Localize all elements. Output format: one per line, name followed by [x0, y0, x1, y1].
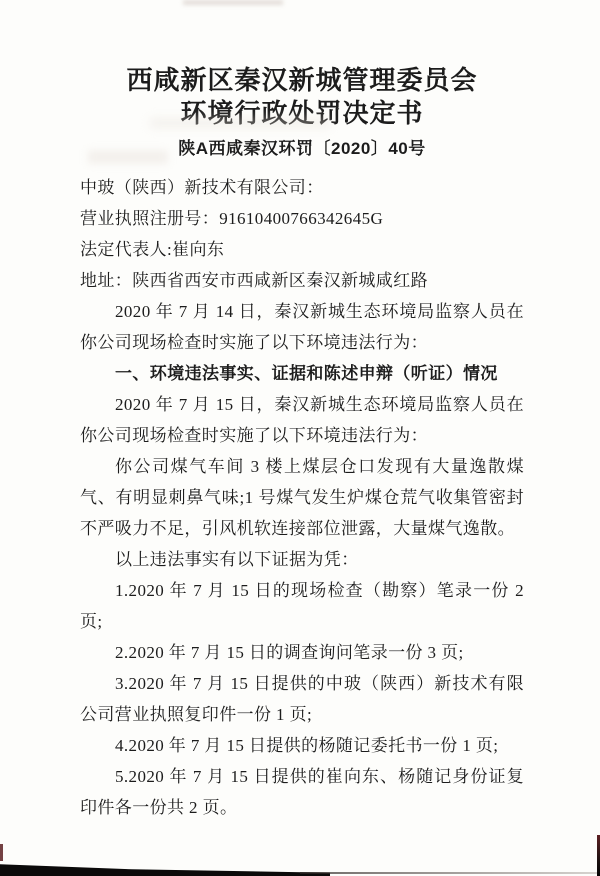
- title-line-1: 西咸新区秦汉新城管理委员会: [80, 64, 524, 97]
- evidence-item-5: 5.2020 年 7 月 15 日提供的崔向东、杨随记身份证复印件各一份共 2 …: [80, 761, 524, 823]
- document-title: 西咸新区秦汉新城管理委员会 环境行政处罚决定书: [80, 64, 524, 130]
- scanned-document-page: 西咸新区秦汉新城管理委员会 环境行政处罚决定书 陕A西咸秦汉环罚〔2020〕40…: [0, 0, 600, 876]
- evidence-item-4: 4.2020 年 7 月 15 日提供的杨随记委托书一份 1 页;: [80, 730, 524, 761]
- section1-heading: 一、环境违法事实、证据和陈述申辩（听证）情况: [80, 358, 524, 389]
- recipient-license-line: 营业执照注册号：91610400766342645G: [80, 203, 524, 234]
- recipient-company-line: 中玻（陕西）新技术有限公司：: [80, 172, 524, 203]
- section1-paragraph-3: 以上违法事实有以下证据为凭：: [80, 544, 524, 575]
- scan-artifact-bottom-left-wedge: [0, 861, 330, 876]
- scan-artifact-bottom-edge-line: [300, 872, 600, 874]
- title-line-2: 环境行政处罚决定书: [80, 97, 524, 130]
- recipient-legal-rep-line: 法定代表人:崔向东: [80, 234, 524, 265]
- recipient-address-line: 地址：陕西省西安市西咸新区秦汉新城咸红路: [80, 265, 524, 296]
- scan-smudge-top: [183, 0, 283, 5]
- evidence-item-2: 2.2020 年 7 月 15 日的调查询问笔录一份 3 页;: [80, 637, 524, 668]
- section1-paragraph-2: 你公司煤气车间 3 楼上煤层仓口发现有大量逸散煤气、有明显刺鼻气味;1 号煤气发…: [80, 451, 524, 544]
- document-number: 陕A西咸秦汉环罚〔2020〕40号: [80, 138, 524, 160]
- evidence-item-1: 1.2020 年 7 月 15 日的现场检查（勘察）笔录一份 2 页;: [80, 575, 524, 637]
- evidence-item-3: 3.2020 年 7 月 15 日提供的中玻（陕西）新技术有限公司营业执照复印件…: [80, 668, 524, 730]
- section1-paragraph-1: 2020 年 7 月 15 日，秦汉新城生态环境局监察人员在你公司现场检查时实施…: [80, 389, 524, 451]
- intro-paragraph: 2020 年 7 月 14 日，秦汉新城生态环境局监察人员在你公司现场检查时实施…: [80, 296, 524, 358]
- document-content: 西咸新区秦汉新城管理委员会 环境行政处罚决定书 陕A西咸秦汉环罚〔2020〕40…: [80, 64, 524, 823]
- scan-artifact-left-edge-mark: [0, 844, 3, 861]
